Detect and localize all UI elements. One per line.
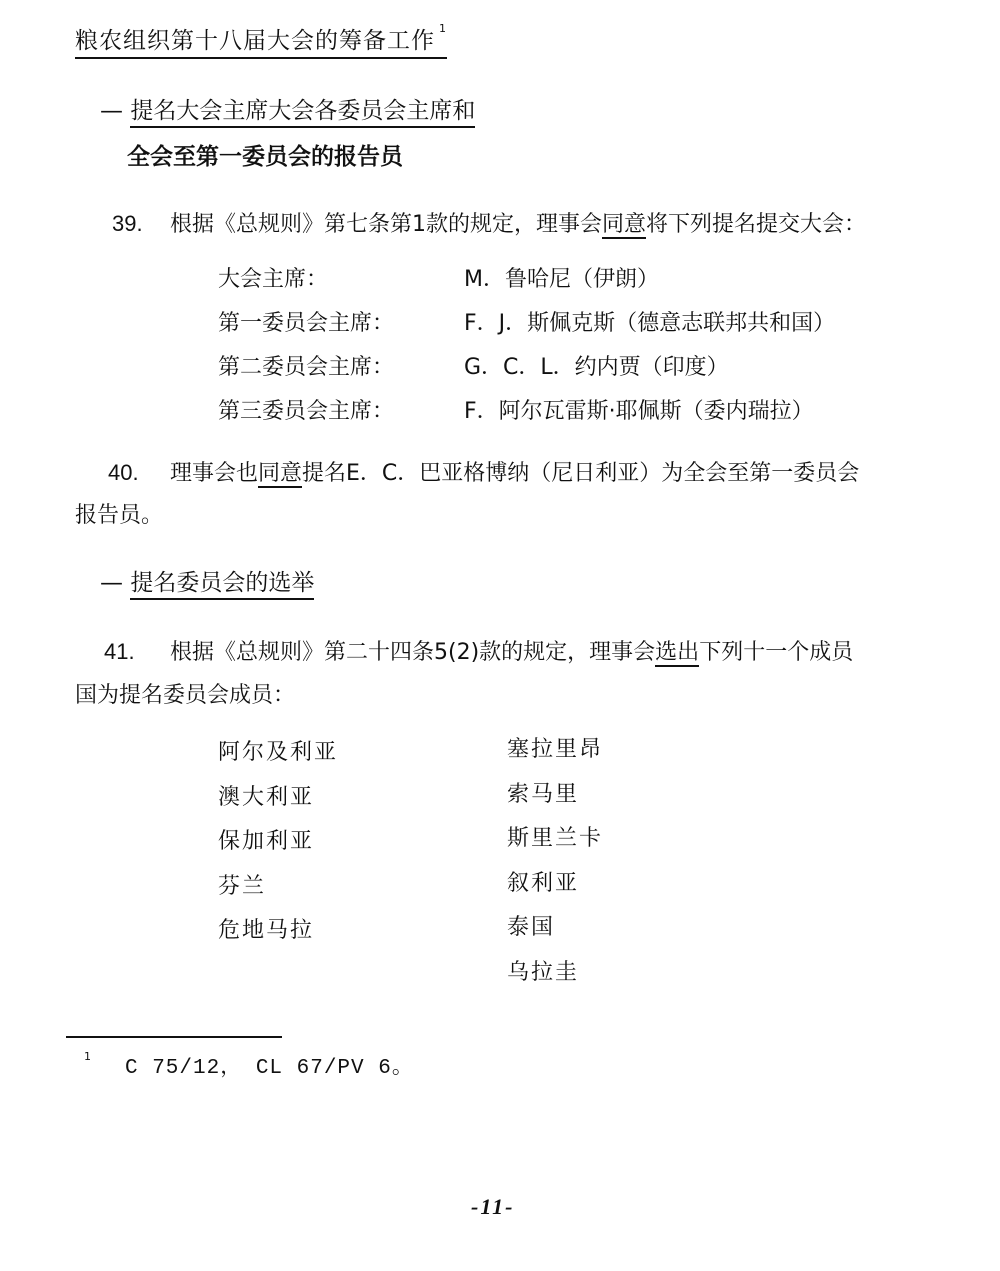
section-heading-line2: 全会至第一委员会的报告员 bbox=[127, 138, 403, 171]
member-country: 索马里 bbox=[507, 777, 603, 822]
paragraph-text: 根据《总规则》第二十四条5(2)款的规定，理事会 bbox=[170, 640, 655, 665]
paragraph-41: 41.根据《总规则》第二十四条5(2)款的规定，理事会选出下列十一个成员 bbox=[104, 635, 853, 666]
title-text: 粮农组织第十八届大会的筹备工作 bbox=[75, 28, 435, 54]
member-country: 阿尔及利亚 bbox=[218, 735, 338, 780]
member-country: 芬兰 bbox=[218, 869, 338, 914]
chair-role: 大会主席： bbox=[218, 262, 328, 293]
member-country: 乌拉圭 bbox=[507, 955, 603, 1000]
member-list-right: 塞拉里昂 索马里 斯里兰卡 叙利亚 泰国 乌拉圭 bbox=[507, 732, 603, 999]
paragraph-text: 根据《总规则》第七条第1款的规定，理事会 bbox=[170, 212, 602, 237]
footnote-mark: 1 bbox=[84, 1050, 91, 1063]
member-country: 澳大利亚 bbox=[218, 780, 338, 825]
section-heading-election: — 提名委员会的选举 bbox=[100, 564, 314, 597]
chair-nominee: F．J．斯佩克斯（德意志联邦共和国） bbox=[464, 306, 835, 337]
section-dash: — bbox=[100, 98, 123, 124]
paragraph-text: 将下列提名提交大会： bbox=[646, 212, 866, 237]
footnote-text: C 75/12， CL 67/PV 6。 bbox=[125, 1057, 414, 1080]
section-heading-nominations: — 提名大会主席大会各委员会主席和 bbox=[100, 92, 475, 125]
document-title: 粮农组织第十八届大会的筹备工作1 bbox=[75, 22, 447, 59]
paragraph-number: 39. bbox=[112, 211, 170, 237]
underlined-text: 同意 bbox=[258, 461, 302, 488]
paragraph-41-continuation: 国为提名委员会成员： bbox=[75, 678, 295, 709]
footnote-ref: 1 bbox=[439, 22, 447, 35]
chair-nominee: G．C．L．约内贾（印度） bbox=[464, 350, 729, 381]
member-country: 叙利亚 bbox=[507, 866, 603, 911]
paragraph-39: 39.根据《总规则》第七条第1款的规定，理事会同意将下列提名提交大会： bbox=[112, 207, 866, 238]
footnote-divider bbox=[66, 1036, 282, 1038]
member-country: 斯里兰卡 bbox=[507, 821, 603, 866]
chair-role: 第三委员会主席： bbox=[218, 394, 394, 425]
member-country: 保加利亚 bbox=[218, 824, 338, 869]
underlined-text: 同意 bbox=[602, 212, 646, 239]
footnote: 1C 75/12， CL 67/PV 6。 bbox=[84, 1050, 414, 1080]
paragraph-40-continuation: 报告员。 bbox=[75, 498, 163, 529]
page-number: -11- bbox=[471, 1194, 514, 1220]
chair-role: 第二委员会主席： bbox=[218, 350, 394, 381]
chair-role: 第一委员会主席： bbox=[218, 306, 394, 337]
section-dash: — bbox=[100, 570, 123, 596]
member-country: 泰国 bbox=[507, 910, 603, 955]
paragraph-text: 提名E．C．巴亚格博纳（尼日利亚）为全会至第一委员会 bbox=[302, 461, 859, 486]
paragraph-40: 40.理事会也同意提名E．C．巴亚格博纳（尼日利亚）为全会至第一委员会 bbox=[108, 456, 859, 487]
paragraph-text: 下列十一个成员 bbox=[699, 640, 853, 665]
chair-nominee: F．阿尔瓦雷斯·耶佩斯（委内瑞拉） bbox=[464, 394, 814, 425]
paragraph-text: 理事会也 bbox=[170, 461, 258, 486]
member-list-left: 阿尔及利亚 澳大利亚 保加利亚 芬兰 危地马拉 bbox=[218, 735, 338, 958]
paragraph-number: 41. bbox=[104, 639, 170, 665]
chair-nominee: M．鲁哈尼（伊朗） bbox=[464, 262, 659, 293]
member-country: 塞拉里昂 bbox=[507, 732, 603, 777]
member-country: 危地马拉 bbox=[218, 913, 338, 958]
paragraph-number: 40. bbox=[108, 460, 170, 486]
section-heading-text: 提名委员会的选举 bbox=[130, 570, 314, 600]
section-heading-line1: 提名大会主席大会各委员会主席和 bbox=[130, 98, 475, 128]
underlined-text: 选出 bbox=[655, 640, 699, 667]
